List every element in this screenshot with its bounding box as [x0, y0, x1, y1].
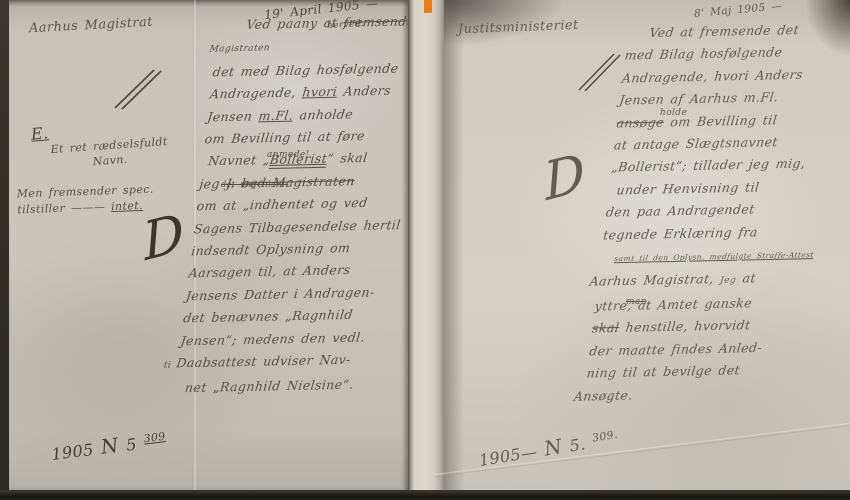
text-segment: om Bevilling til at føre — [204, 128, 366, 146]
left-margin-note-forward: Men fremsender spec. tilstiller ——— inte… — [16, 182, 154, 219]
text-segment: yttre, at Amtet ganske — [594, 295, 753, 313]
text-segment: at — [735, 271, 757, 286]
text-segment: om at „indhentet og ved — [196, 195, 369, 214]
right-letter-body: Ved at fremsende detmed Bilag hosfølgend… — [583, 18, 850, 408]
text-segment: Navnet „ — [207, 152, 271, 168]
text-segment: med Bilag hosfølgende — [624, 45, 783, 63]
text-segment: Ved paany at — [246, 15, 345, 32]
text-segment: Ansøgte. — [573, 387, 634, 403]
text-segment: „Bollerist“; tillader jeg mig, — [610, 156, 806, 175]
text-segment: den paa Andragendet — [605, 202, 755, 220]
left-interlinear-correction: det mig tilstil. — [221, 180, 288, 189]
margin-note-line: tilstiller ——— — [17, 200, 105, 216]
left-journal-number: 1905 N 5 309 — [50, 427, 167, 465]
right-document-page: Justitsministeriet 8' Maj 1905 — Ved at … — [444, 0, 850, 491]
margin-note-line: Et ret rædselsfuldt — [50, 135, 168, 156]
text-segment: net „Ragnhild Nielsine“. — [184, 376, 355, 395]
text-segment: Sagens Tilbagesendelse hertil — [193, 217, 401, 236]
text-segment: Jensen af Aarhus m.Fl. — [618, 89, 779, 107]
text-segment: Anders — [336, 83, 392, 99]
text-segment: 1905— — [478, 441, 546, 470]
text-segment: Ved at fremsende det — [649, 22, 800, 40]
text-segment: ning til at bevilge det — [586, 362, 741, 380]
text-segment: anholde — [292, 106, 354, 122]
text-segment: indsendt Oplysning om — [191, 240, 352, 258]
right-date: 8' Maj 1905 — — [694, 0, 783, 20]
right-interlinear-man: man — [626, 297, 647, 307]
orange-marker-tab — [424, 0, 432, 13]
left-margin-note-name: Et ret rædselsfuldt Navn. — [50, 134, 169, 172]
text-segment: Andragende, — [209, 85, 303, 102]
text-line: net „Ragnhild Nielsine“. — [184, 372, 407, 399]
left-addressee: Aarhus Magistrat — [29, 15, 154, 36]
page-gap-strip — [408, 0, 444, 491]
text-segment: Andragende, hvori Anders — [621, 67, 804, 86]
text-segment: 5 — [118, 434, 146, 456]
reference-slash-icon — [576, 50, 626, 92]
text-segment: ansøge — [616, 114, 665, 130]
paraph-flourish: D — [542, 147, 588, 209]
text-segment: det med Bilag hosfølgende — [212, 60, 400, 79]
text-segment: 309 — [143, 430, 166, 446]
margin-note-line: intet. — [111, 199, 143, 213]
left-document-page: Aarhus Magistrat 19' April 1905 — herved… — [9, 0, 408, 491]
margin-note-line: Navn. — [92, 153, 128, 168]
text-segment: 5. — [561, 433, 595, 457]
text-segment: tegnede Erklæring fra — [602, 224, 758, 242]
text-line: 1905 N 5 309 — [50, 427, 167, 465]
text-segment: henstille, hvorvidt — [618, 317, 751, 335]
photo-bottom-edge — [0, 490, 850, 500]
text-segment: 309. — [591, 428, 619, 445]
right-interlinear-holde: holde — [660, 108, 687, 118]
text-segment: hvori — [302, 84, 339, 100]
text-line: 1905— N 5. 309. — [477, 425, 620, 471]
text-segment: skal — [591, 320, 620, 336]
right-journal-number: 1905— N 5. 309. — [477, 425, 620, 471]
text-segment: Jensen“; medens den vedl. — [180, 329, 366, 348]
reference-slash-icon — [112, 66, 168, 110]
paraph-flourish: D — [141, 207, 187, 269]
margin-note-line: Men fremsender spec. — [17, 183, 154, 201]
text-segment: Jensen — [207, 108, 260, 124]
text-segment: det benævnes „Ragnhild — [182, 307, 353, 326]
text-segment: Magistraten — [209, 44, 271, 55]
text-segment: Aarsagen til, at Anders — [188, 262, 351, 280]
text-segment: “ skal — [326, 150, 368, 166]
right-addressee: Justitsministeriet — [458, 18, 579, 37]
text-segment: Aarhus Magistrat, — [589, 271, 721, 289]
text-segment: at antage Slægtsnavnet — [613, 134, 779, 152]
left-interlinear-anmode: anmode! — [267, 150, 310, 160]
archival-photo: Aarhus Magistrat 19' April 1905 — herved… — [0, 0, 850, 500]
text-segment: Jensens Datter i Andragen- — [185, 284, 375, 303]
text-segment: 1905 — [50, 439, 102, 464]
text-segment: Daabsattest udviser Nav- — [176, 352, 352, 371]
text-segment: m.Fl. — [258, 107, 294, 123]
text-segment: under Henvisning til — [616, 179, 761, 197]
text-line: Ansøgte. — [573, 380, 828, 408]
photo-left-edge — [0, 0, 9, 500]
text-segment: der maatte findes Anled- — [589, 340, 764, 359]
text-segment: samt til den Oplysn. medfulgte Straffe-A… — [614, 250, 814, 263]
text-segment: Jeg — [719, 276, 736, 286]
left-margin-initial: E. — [30, 123, 49, 143]
